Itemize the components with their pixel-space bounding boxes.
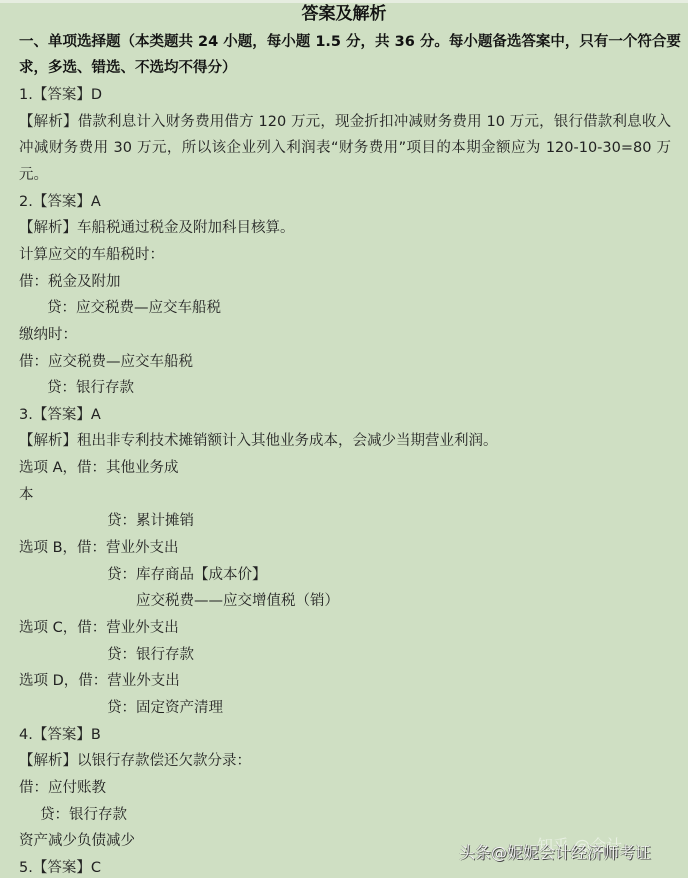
answer-4-label: 4.【答案】B xyxy=(19,722,101,748)
answer-3-option-c-debit: 选项 C，借：营业外支出 xyxy=(19,615,179,641)
answer-2-step-2: 缴纳时： xyxy=(19,322,77,348)
section-heading-line-1: 一、单项选择题（本类题共 24 小题，每小题 1.5 分，共 36 分。每小题备… xyxy=(19,29,681,55)
answer-3-option-c-credit: 贷：银行存款 xyxy=(107,642,194,668)
answer-5-label: 5.【答案】C xyxy=(19,855,101,878)
section-heading-line-2: 求，多选、错选、不选均不得分） xyxy=(19,55,237,81)
answer-1-explanation-line-1: 【解析】借款利息计入财务费用借方 120 万元，现金折扣冲减财务费用 10 万元… xyxy=(19,109,671,135)
answer-3-label: 3.【答案】A xyxy=(19,402,101,428)
answer-3-option-b-debit: 选项 B，借：营业外支出 xyxy=(19,535,179,561)
answer-3-option-b-credit-1: 贷：库存商品【成本价】 xyxy=(107,562,267,588)
answer-1-explanation-line-3: 元。 xyxy=(19,162,48,188)
answer-3-option-a-credit: 贷：累计摊销 xyxy=(107,508,194,534)
answer-2-debit-2: 借：应交税费—应交车船税 xyxy=(19,349,193,375)
answer-3-option-d-debit: 选项 D，借：营业外支出 xyxy=(19,668,180,694)
answer-1-label: 1.【答案】D xyxy=(19,82,102,108)
answer-4-debit: 借：应付账教 xyxy=(19,775,106,801)
answer-2-step-1: 计算应交的车船税时： xyxy=(19,242,164,268)
answer-4-explanation: 【解析】以银行存款偿还欠款分录： xyxy=(19,748,251,774)
watermark-main: 头条@妮妮会计经济师考证 xyxy=(459,840,651,863)
answer-3-option-a-debit: 选项 A，借：其他业务成 xyxy=(19,455,179,481)
answer-2-credit-2: 贷：银行存款 xyxy=(47,375,134,401)
answer-2-label: 2.【答案】A xyxy=(19,189,101,215)
answer-3-option-a-debit-wrap: 本 xyxy=(19,482,34,508)
answer-2-explanation: 【解析】车船税通过税金及附加科目核算。 xyxy=(19,215,295,241)
answer-3-option-d-credit: 贷：固定资产清理 xyxy=(107,695,223,721)
answer-2-credit-1: 贷：应交税费—应交车船税 xyxy=(47,295,221,321)
answer-1-explanation-line-2: 冲减财务费用 30 万元，所以该企业列入利润表“财务费用”项目的本期金额应为 1… xyxy=(19,135,671,161)
answer-4-summary: 资产减少负债减少 xyxy=(19,828,135,854)
answer-3-explanation: 【解析】租出非专利技术摊销额计入其他业务成本，会减少当期营业利润。 xyxy=(19,428,498,454)
page-title: 答案及解析 xyxy=(0,2,688,26)
answer-2-debit-1: 借：税金及附加 xyxy=(19,269,121,295)
answer-3-option-b-credit-2: 应交税费——应交增值税（销） xyxy=(136,588,339,614)
answer-4-credit: 贷：银行存款 xyxy=(40,802,127,828)
